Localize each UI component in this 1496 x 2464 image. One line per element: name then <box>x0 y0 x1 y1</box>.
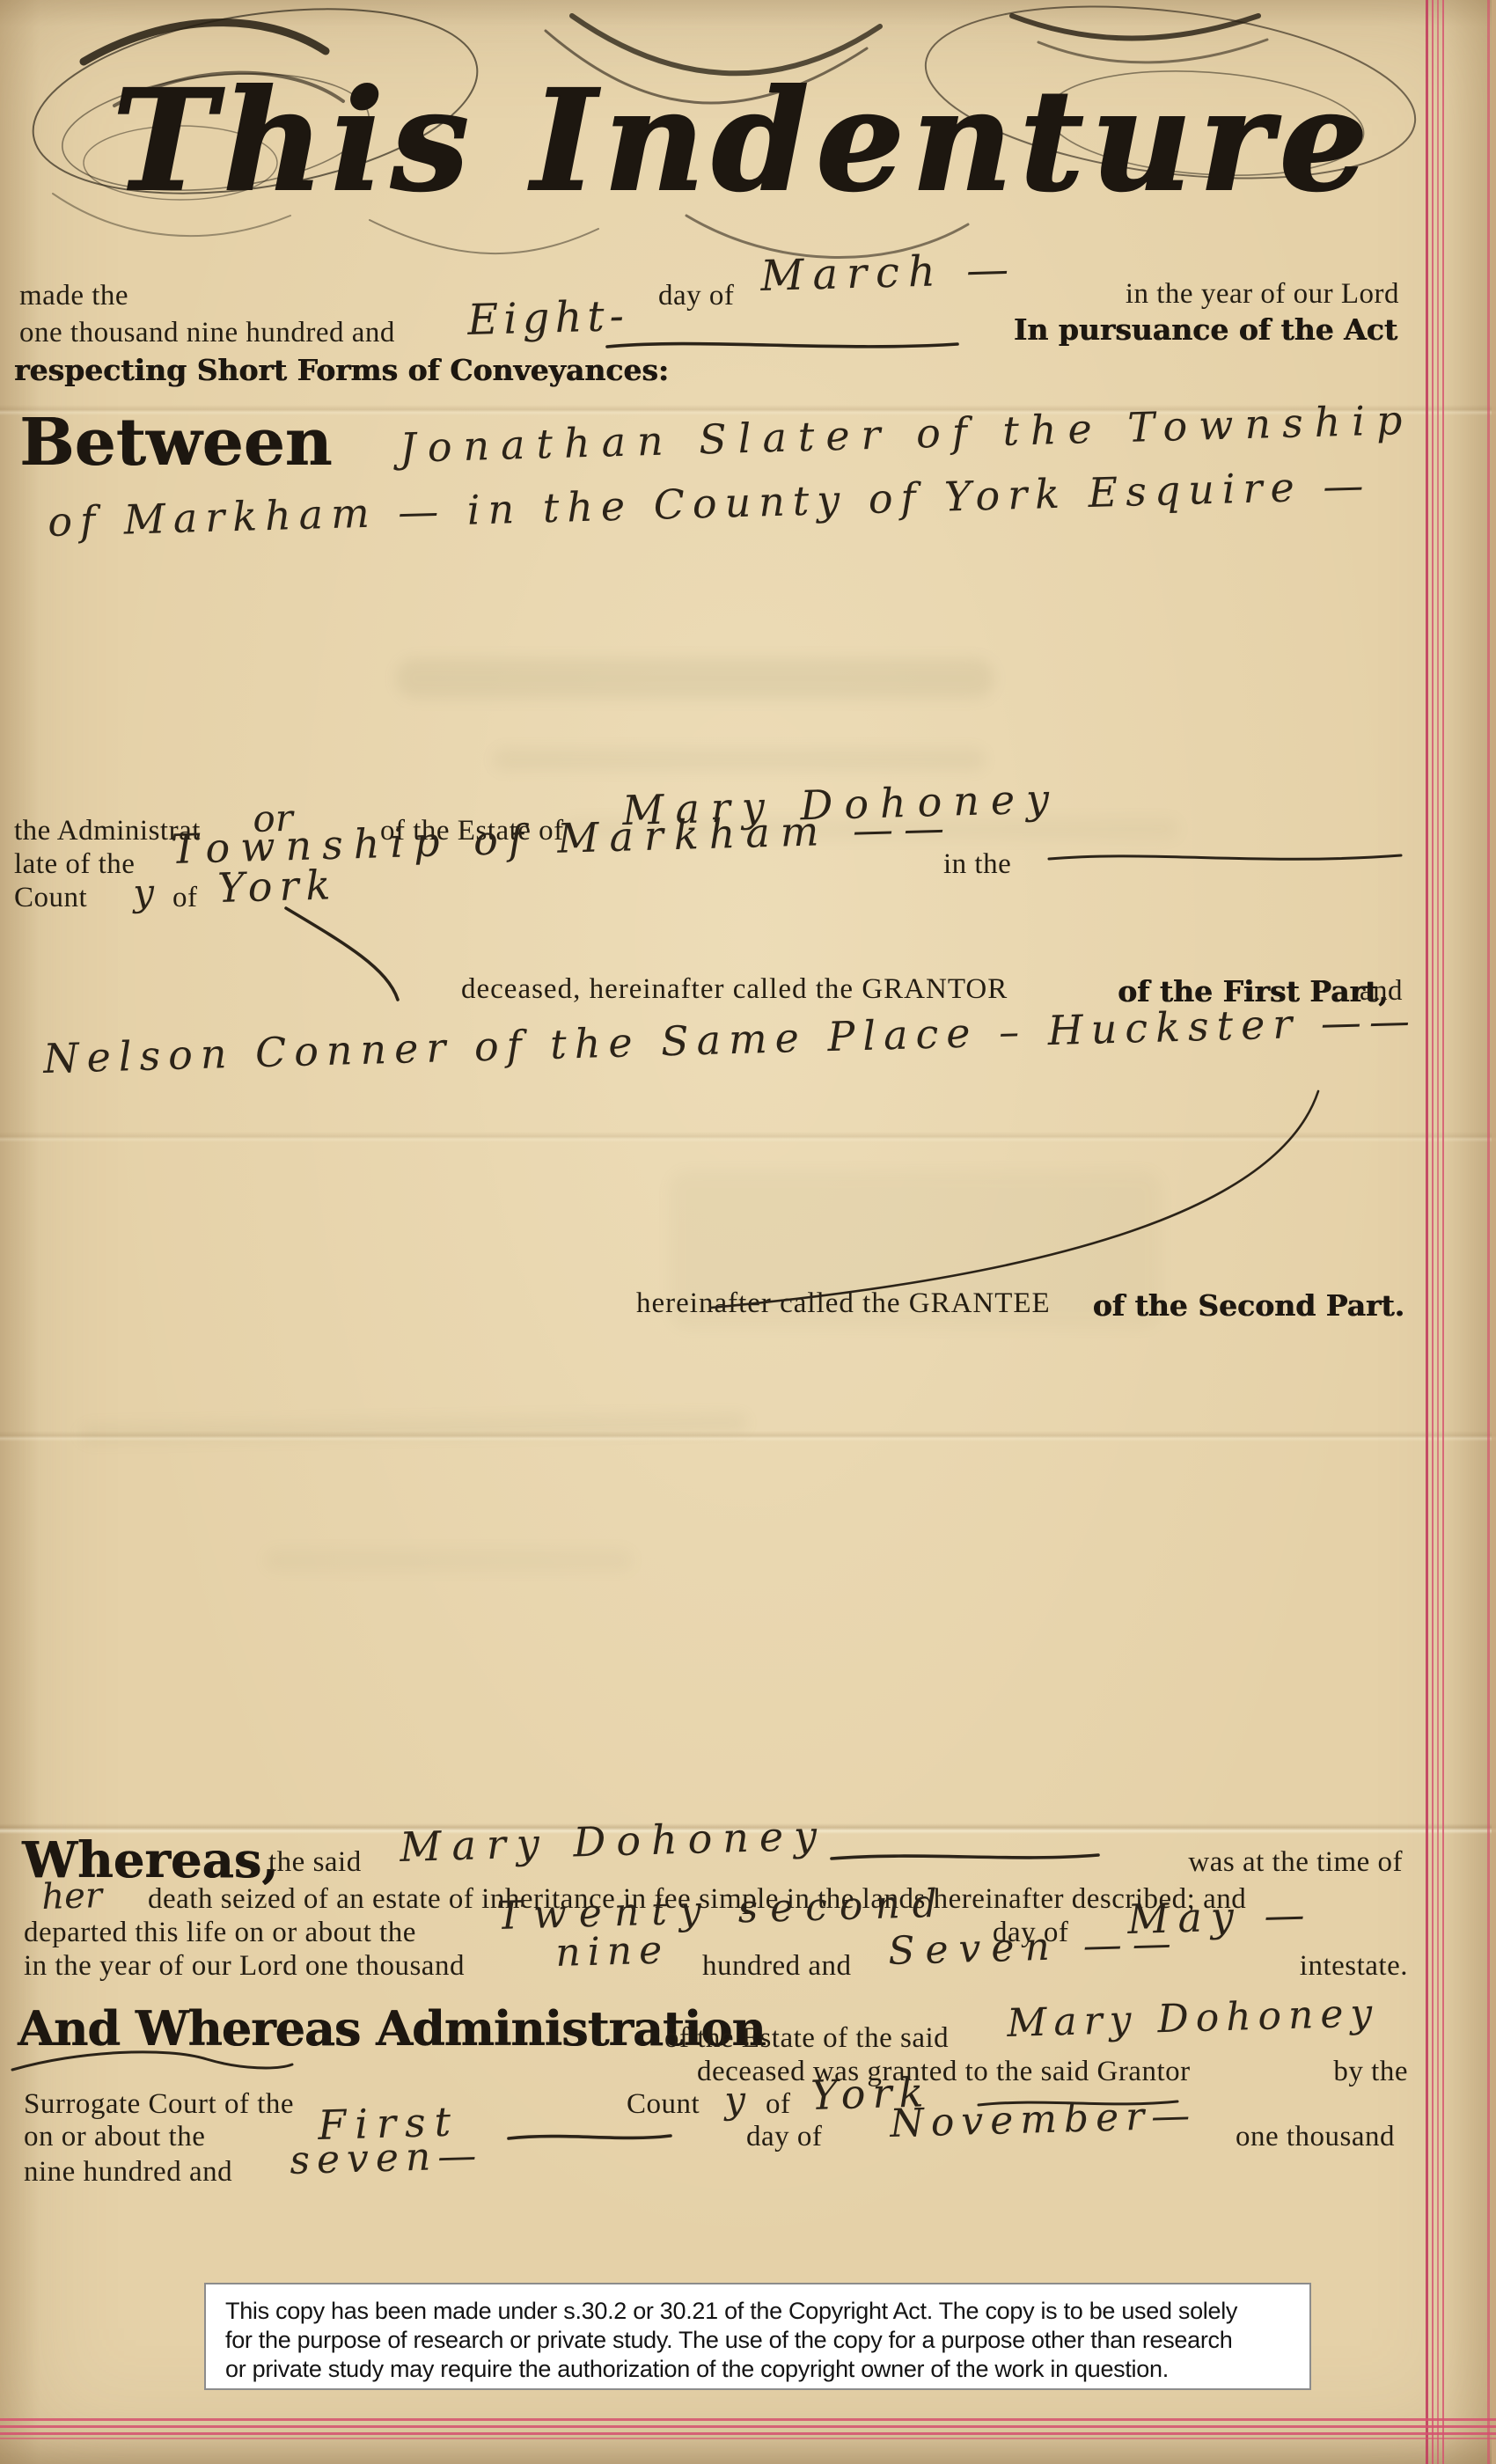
york-flourish-stroke <box>286 908 398 1000</box>
administration-of-estate: of the Estate of the said <box>664 2024 949 2053</box>
admin-line3-a: Count <box>14 884 87 913</box>
opening-made-the: made the <box>19 282 128 311</box>
bottom-ruled-line <box>0 2425 1496 2428</box>
underline-stroke <box>607 344 957 347</box>
right-margin-line <box>1426 0 1428 2464</box>
administration-day-of: day of <box>746 2123 822 2152</box>
copyright-notice-box: This copy has been made under s.30.2 or … <box>204 2283 1311 2390</box>
grantee-clause-blackletter: of the Second Part. <box>1093 1291 1404 1320</box>
fold-crease <box>0 1431 1496 1441</box>
admin-line3-b: of <box>172 884 198 913</box>
whereas-the-said: the said <box>268 1848 362 1877</box>
show-through-smudge <box>493 748 986 771</box>
whereas-line4-a: in the year of our Lord one thousand <box>24 1952 465 1981</box>
bottom-ruled-line <box>0 2432 1496 2435</box>
whereas-name-dash-stroke <box>832 1855 1098 1859</box>
show-through-smudge <box>396 658 994 699</box>
fold-crease <box>0 1132 1496 1142</box>
opening-respecting: respecting Short Forms of Conveyances: <box>14 356 669 385</box>
right-margin-line <box>1437 0 1439 2464</box>
handwritten-nine: nine <box>555 1931 670 1973</box>
opening-year-lord: in the year of our Lord <box>1126 280 1399 309</box>
administration-county-b: of <box>766 2090 791 2119</box>
admin-line2-b: in the <box>943 850 1011 879</box>
whereas-intestate: intestate. <box>1300 1952 1408 1981</box>
bottom-ruled-line <box>0 2438 1496 2439</box>
handwritten-grant-month: November— <box>890 2096 1198 2144</box>
handwritten-whereas-name: Mary Dohoney <box>400 1815 828 1867</box>
administration-by-the: by the <box>1333 2057 1408 2086</box>
handwritten-month: March — <box>760 248 1018 297</box>
between-label: Between <box>19 410 332 475</box>
grantee-clause-text: hereinafter called the GRANTEE <box>636 1289 1051 1318</box>
handwritten-death-day: Twenty second <box>496 1885 950 1936</box>
grantor-clause-text: deceased, hereinafter called the GRANTOR <box>461 975 1008 1004</box>
page-edge-line <box>1487 0 1490 2464</box>
handwritten-grant-year: seven— <box>290 2137 484 2181</box>
whereas-line3-a: departed this life on or about the <box>24 1918 416 1947</box>
handwritten-her: her <box>41 1878 103 1915</box>
copyright-line-3: or private study may require the authori… <box>225 2355 1309 2384</box>
nelson-flourish-stroke <box>711 1091 1318 1308</box>
show-through-smudge <box>79 1412 748 1443</box>
administration-line3: Surrogate Court of the <box>24 2090 294 2119</box>
whereas-was-at: was at the time of <box>1188 1848 1403 1877</box>
opening-pursuance: In pursuance of the Act <box>1014 315 1397 344</box>
copyright-line-1: This copy has been made under s.30.2 or … <box>225 2297 1309 2326</box>
handwritten-grantee-name: Nelson Conner of the Same Place – Huckst… <box>43 1000 1419 1079</box>
title-engraving: This Indenture <box>0 0 1496 273</box>
indenture-document-page: This Indenture made the day of March — i… <box>0 0 1496 2464</box>
administration-label: And Whereas Administration <box>18 2005 766 2052</box>
bottom-ruled-line <box>0 2418 1496 2421</box>
page-edge-shade <box>1492 0 1496 2464</box>
administration-line4-a: on or about the <box>24 2123 205 2152</box>
title-text: This Indenture <box>113 60 1375 223</box>
copyright-line-2: for the purpose of research or private s… <box>225 2326 1309 2355</box>
handwritten-admin-name: Mary Dohoney <box>1007 1994 1380 2043</box>
admin-line2-a: late of the <box>14 850 135 879</box>
show-through-smudge <box>264 1549 634 1572</box>
right-margin-line <box>1442 0 1444 2464</box>
administration-line5: nine hundred and <box>24 2158 232 2187</box>
handwritten-y: y <box>133 874 155 912</box>
handwritten-death-year: Seven —— <box>888 1925 1183 1971</box>
in-the-dash-stroke <box>1049 855 1401 859</box>
administration-one-thousand: one thousand <box>1236 2123 1395 2152</box>
administration-line2: deceased was granted to the said Grantor <box>697 2057 1191 2086</box>
administration-county-a: Count <box>627 2090 700 2119</box>
handwritten-county-y: y <box>724 2081 746 2119</box>
opening-day-of: day of <box>658 282 734 311</box>
right-margin-line <box>1432 0 1434 2464</box>
whereas-hundred-and: hundred and <box>702 1952 852 1981</box>
handwritten-year: Eight- <box>467 295 630 341</box>
opening-one-thousand: one thousand nine hundred and <box>19 319 395 348</box>
admin-first-dash-stroke <box>509 2136 671 2138</box>
handwritten-county: York <box>217 864 338 908</box>
handwritten-grantor-name-line1: Jonathan Slater of the Township <box>400 400 1414 468</box>
